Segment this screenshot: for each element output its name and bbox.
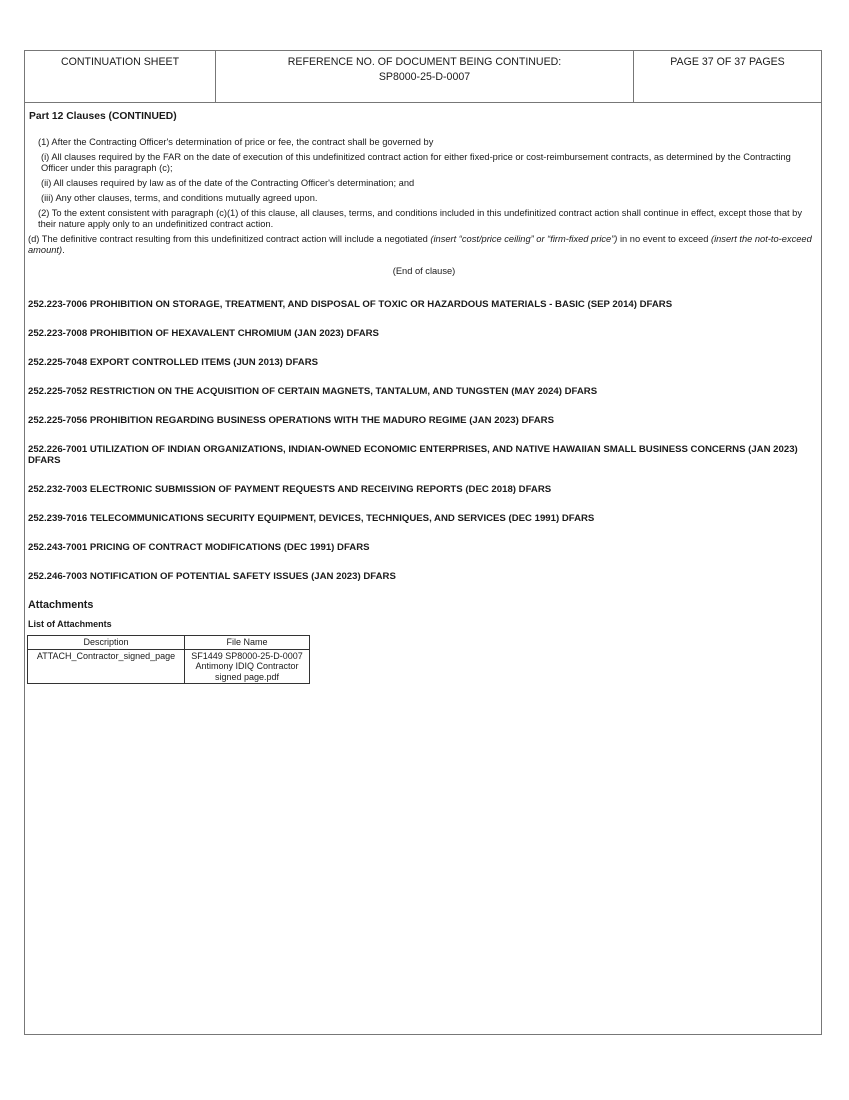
attachments-heading: Attachments (28, 600, 821, 611)
clause-item: 252.225-7056 PROHIBITION REGARDING BUSIN… (28, 415, 821, 426)
paragraph-d-insert-type: (insert “cost/price ceiling” or “firm-fi… (430, 234, 617, 244)
column-header-file-name: File Name (185, 636, 310, 650)
reference-number: SP8000-25-D-0007 (216, 70, 633, 85)
clause-item: 252.223-7008 PROHIBITION OF HEXAVALENT C… (28, 328, 821, 339)
paragraph-c1-iii: (iii) Any other clauses, terms, and cond… (27, 193, 821, 204)
attachments-table: Description File Name ATTACH_Contractor_… (27, 635, 310, 684)
paragraph-d-period: . (62, 245, 65, 255)
clause-item: 252.246-7003 NOTIFICATION OF POTENTIAL S… (28, 571, 821, 582)
reference-cell: REFERENCE NO. OF DOCUMENT BEING CONTINUE… (216, 51, 634, 102)
attachment-file-name[interactable]: SF1449 SP8000-25-D-0007 Antimony IDIQ Co… (185, 649, 310, 684)
end-of-clause: (End of clause) (27, 266, 821, 277)
clause-list: 252.223-7006 PROHIBITION ON STORAGE, TRE… (27, 299, 821, 582)
attachment-description: ATTACH_Contractor_signed_page (28, 649, 185, 684)
paragraph-d: (d) The definitive contract resulting fr… (27, 234, 821, 256)
paragraph-d-text-2: in no event to exceed (617, 234, 711, 244)
column-header-description: Description (28, 636, 185, 650)
sheet-label: CONTINUATION SHEET (25, 51, 216, 102)
clause-item: 252.225-7052 RESTRICTION ON THE ACQUISIT… (28, 386, 821, 397)
sheet-header: CONTINUATION SHEET REFERENCE NO. OF DOCU… (25, 51, 821, 103)
reference-label: REFERENCE NO. OF DOCUMENT BEING CONTINUE… (216, 55, 633, 70)
clause-item: 252.226-7001 UTILIZATION OF INDIAN ORGAN… (28, 444, 821, 466)
clause-item: 252.243-7001 PRICING OF CONTRACT MODIFIC… (28, 542, 821, 553)
part-title: Part 12 Clauses (CONTINUED) (29, 111, 821, 122)
paragraph-c1: (1) After the Contracting Officer's dete… (27, 137, 821, 148)
sheet-content: Part 12 Clauses (CONTINUED) (1) After th… (25, 103, 821, 684)
attachments-header-row: Description File Name (28, 636, 310, 650)
paragraph-c1-ii: (ii) All clauses required by law as of t… (27, 178, 821, 189)
page-number: PAGE 37 OF 37 PAGES (634, 51, 821, 102)
clause-item: 252.232-7003 ELECTRONIC SUBMISSION OF PA… (28, 484, 821, 495)
paragraph-c2: (2) To the extent consistent with paragr… (27, 208, 821, 230)
clause-item: 252.225-7048 EXPORT CONTROLLED ITEMS (JU… (28, 357, 821, 368)
paragraph-c1-i: (i) All clauses required by the FAR on t… (27, 152, 821, 174)
continuation-sheet-page: CONTINUATION SHEET REFERENCE NO. OF DOCU… (24, 50, 822, 1035)
clause-item: 252.239-7016 TELECOMMUNICATIONS SECURITY… (28, 513, 821, 524)
clause-item: 252.223-7006 PROHIBITION ON STORAGE, TRE… (28, 299, 821, 310)
attachments-subheading: List of Attachments (28, 619, 821, 630)
table-row: ATTACH_Contractor_signed_page SF1449 SP8… (28, 649, 310, 684)
paragraph-d-text: (d) The definitive contract resulting fr… (28, 234, 430, 244)
